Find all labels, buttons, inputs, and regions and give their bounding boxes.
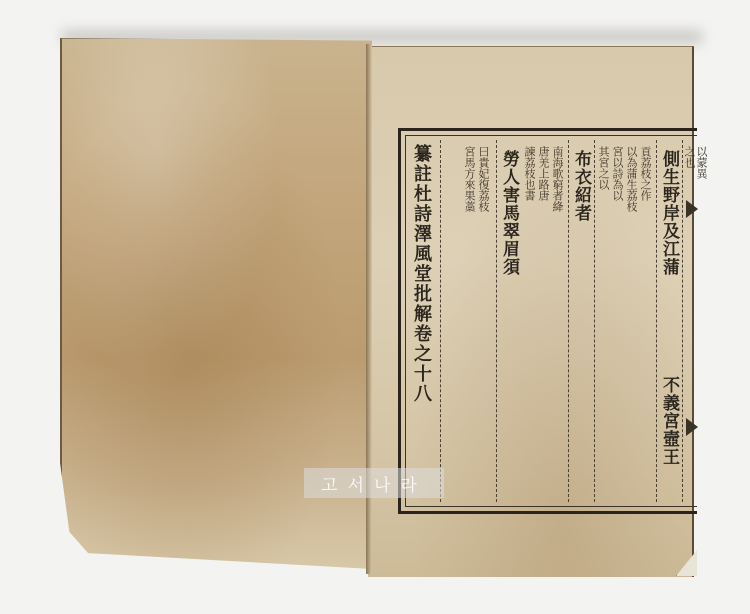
title-column: 纂註杜詩澤風堂批解卷之十八 — [412, 144, 430, 404]
text-column: 唐羌上路唐 — [538, 146, 549, 201]
text-column: 以為蒲生荔枝 — [626, 146, 637, 212]
column-rule — [496, 140, 497, 502]
text-column: 側生野岸及江蒲 — [660, 150, 677, 276]
text-column: 貢荔枝之作 — [640, 146, 651, 201]
text-column: 勞人害馬翠眉須 — [500, 150, 517, 276]
text-column: 南海歌窮者絳 — [552, 146, 563, 212]
column-rule — [440, 140, 441, 502]
text-column: 其宮之以 — [598, 146, 609, 190]
text-column: 以蒙異 — [696, 146, 707, 179]
text-column: 不義宮壼王 — [660, 376, 677, 466]
column-rule — [568, 140, 569, 502]
text-column: 之也 — [684, 146, 695, 168]
column-rule — [682, 140, 683, 502]
print-frame-inner: 纂註杜詩澤風堂批解卷之十八 宮馬方來果藁 曰貴妃復荔枝 勞人害馬翠眉須 諫荔枝也… — [405, 135, 697, 507]
text-column: 布衣紹者 — [572, 150, 589, 222]
text-column: 宮以詩為以 — [612, 146, 623, 201]
text-column: 曰貴妃復荔枝 — [478, 146, 489, 212]
watermark: 고서나라 — [304, 468, 444, 498]
column-rule — [594, 140, 595, 502]
text-column: 宮馬方來果藁 — [464, 146, 475, 212]
print-frame: 纂註杜詩澤風堂批解卷之十八 宮馬方來果藁 曰貴妃復荔枝 勞人害馬翠眉須 諫荔枝也… — [398, 128, 697, 514]
column-rule — [656, 140, 657, 502]
text-column: 諫荔枝也書 — [524, 146, 535, 201]
